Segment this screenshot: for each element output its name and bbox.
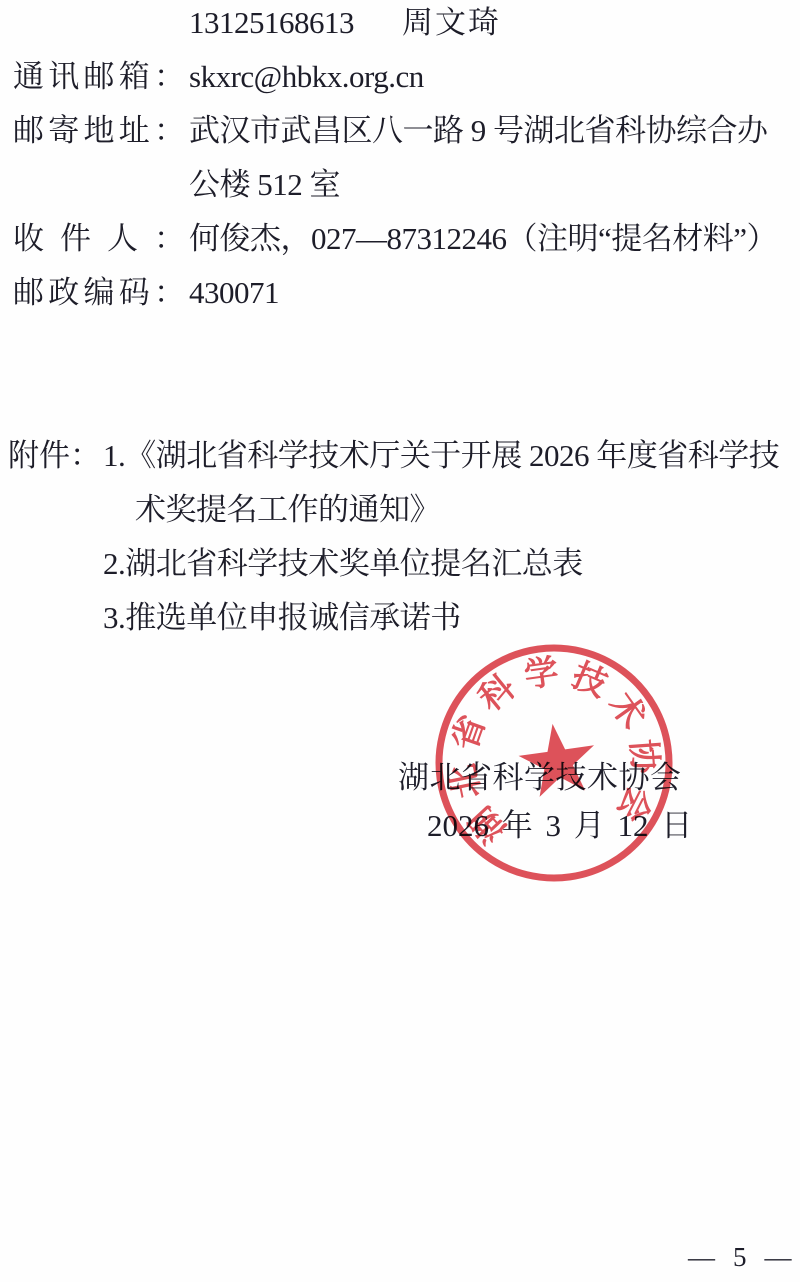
contact-row-postcode: 邮政编码： 430071 (13, 266, 794, 320)
contact-row-email: 通讯邮箱： skxrc@hbkx.org.cn (13, 50, 794, 104)
phone-number: 13125168613 (189, 5, 354, 40)
contact-label-empty (13, 158, 185, 212)
signature-org-name: 湖北省科学技术协会 (398, 751, 682, 805)
seal-arc-char: 科 (472, 668, 522, 719)
page-number-dash-left: — (688, 1240, 715, 1274)
attachments-list: 1.《湖北省科学技术厅关于开展 2026 年度省科学技 术奖提名工作的通知》 2… (103, 429, 794, 645)
contact-row-address-cont: 公楼 512 室 (13, 158, 794, 212)
contact-row-phone: 13125168613周文琦 (13, 0, 794, 50)
attachment-item-1-line-1: 1.《湖北省科学技术厅关于开展 2026 年度省科学技 (103, 429, 794, 483)
document-page: 13125168613周文琦 通讯邮箱： skxrc@hbkx.org.cn 邮… (0, 0, 800, 1282)
attachments-block: 附件： 1.《湖北省科学技术厅关于开展 2026 年度省科学技 术奖提名工作的通… (8, 429, 794, 645)
contact-label-postcode: 邮政编码： (13, 266, 185, 320)
attachment-item-1-line-2: 术奖提名工作的通知》 (103, 483, 794, 537)
contact-email-value: skxrc@hbkx.org.cn (185, 50, 424, 104)
seal-arc-char: 术 (602, 686, 653, 736)
seal-arc-char: 学 (522, 653, 561, 695)
page-number-dash-right: — (765, 1240, 792, 1274)
contact-label-empty (13, 0, 185, 50)
page-number: 5 (733, 1240, 747, 1274)
contact-label-address: 邮寄地址： (13, 104, 185, 158)
page-number-footer: — 5 — (688, 1240, 792, 1274)
contact-row-address: 邮寄地址： 武汉市武昌区八一路 9 号湖北省科协综合办 (13, 104, 794, 158)
attachment-item-2: 2.湖北省科学技术奖单位提名汇总表 (103, 537, 794, 591)
seal-arc-char: 技 (566, 656, 612, 704)
contact-address-line1: 武汉市武昌区八一路 9 号湖北省科协综合办 (185, 104, 768, 158)
contact-recipient-value: 何俊杰，027—87312246（注明“提名材料”） (185, 212, 777, 266)
contact-person-name: 周文琦 (402, 5, 501, 40)
signature-date: 2026 年 3 月 12 日 (427, 799, 692, 853)
attachment-item-3: 3.推选单位申报诚信承诺书 (103, 591, 794, 645)
seal-arc-char: 省 (446, 711, 493, 756)
contact-postcode-value: 430071 (185, 266, 279, 320)
contact-address-line2: 公楼 512 室 (185, 158, 340, 212)
contact-block: 13125168613周文琦 通讯邮箱： skxrc@hbkx.org.cn 邮… (13, 0, 794, 320)
attachments-label: 附件： (8, 429, 103, 483)
contact-label-recipient: 收件人： (13, 212, 185, 266)
contact-phone-value: 13125168613周文琦 (185, 0, 501, 50)
contact-label-email: 通讯邮箱： (13, 50, 185, 104)
contact-row-recipient: 收件人： 何俊杰，027—87312246（注明“提名材料”） (13, 212, 794, 266)
